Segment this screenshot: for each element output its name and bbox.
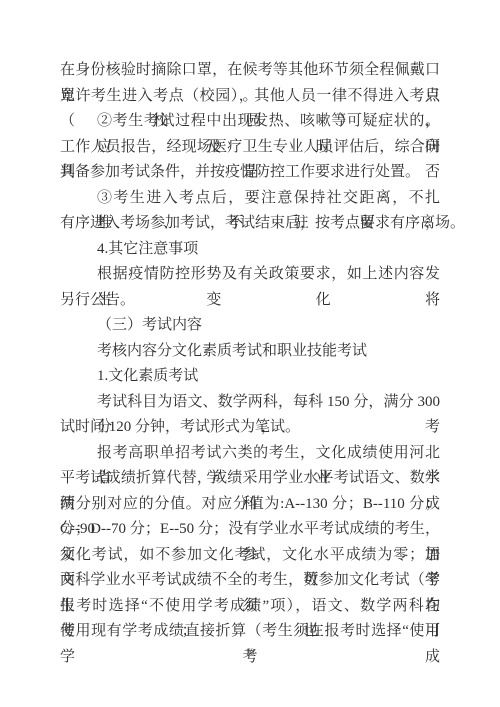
text-line: 绩分别对应的分值。对应分值为:A--130 分；B--110 分；C--90 [60,492,440,518]
text-line: 工作人员报告，经现场医疗卫生专业人员评估后，综合研判是否 [60,135,440,161]
text-line: 根据疫情防控形势及有关政策要求，如上述内容发生变化将 [60,262,440,288]
text-line: 在身份核验时摘除口罩，在候考等其他环节须全程佩戴口罩。只 [60,58,440,84]
document-body: 在身份核验时摘除口罩，在候考等其他环节须全程佩戴口罩。只允许考生进入考点（校园）… [60,58,440,645]
text-line: ②考生考试过程中出现发热、咳嗽等可疑症状的，应及时向 [60,109,440,135]
text-line: 分；D--70 分；E--50 分；没有学业水平考试成绩的考生，须参加 [60,517,440,543]
text-line: 平考试成绩折算代替，成绩采用学业水平考试语文、数学两科成 [60,466,440,492]
text-line: 使用现有学考成绩直接折算（考生须在报考时选择“使用学考成 [60,619,440,645]
text-line: （三）考试内容 [60,313,440,339]
text-line: 具备参加考试条件，并按疫情防控工作要求进行处置。 [60,160,440,186]
text-line: 报考高职单招考试六类的考生，文化成绩使用河北省学业水 [60,441,440,467]
document-page: 在身份核验时摘除口罩，在候考等其他环节须全程佩戴口罩。只允许考生进入考点（校园）… [0,0,500,707]
text-line: 4.其它注意事项 [60,237,440,263]
text-line: 两科学业水平考试成绩不全的考生，可参加文化考试（考生须在 [60,568,440,594]
text-line: 1.文化素质考试 [60,364,440,390]
text-line: 考试科目为语文、数学两科，每科 150 分，满分 300 分，考 [60,390,440,416]
text-line: 考核内容分文化素质考试和职业技能考试 [60,339,440,365]
page-number: 10 [0,645,500,659]
text-line: 有序进入考场参加考试，考试结束后，按考点要求有序离场。 [60,211,440,237]
text-line: 文化考试，如不参加文化考试，文化水平成绩为零；语文、数学 [60,543,440,569]
text-line: 报考时选择“不使用学考成绩”项），语文、数学两科均考；也可 [60,594,440,620]
text-line: ③考生进入考点后，要注意保持社交距离，不扎堆、不驻留， [60,186,440,212]
text-line: 允许考生进入考点（校园），其他人员一律不得进入考点（校园）。 [60,84,440,110]
